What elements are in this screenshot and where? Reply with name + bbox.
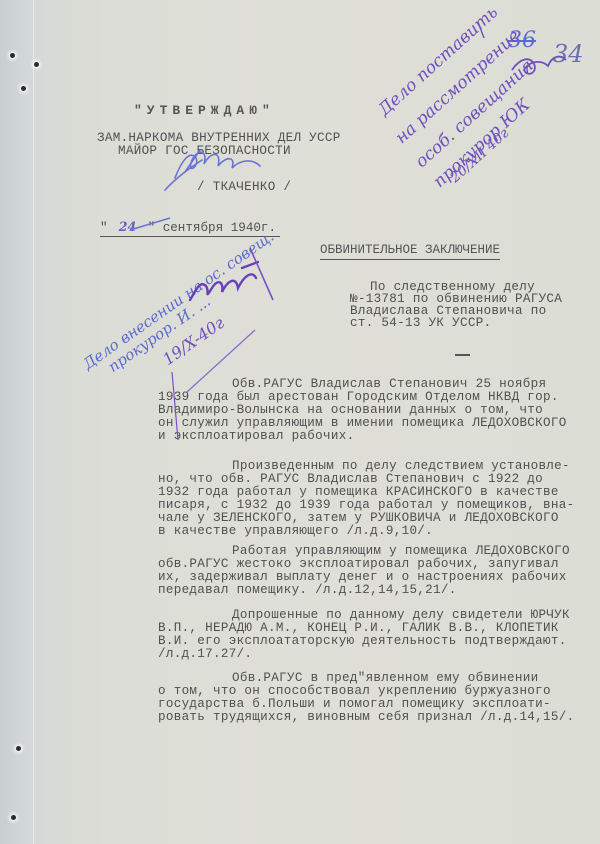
paragraph-5-line: ровать трудящихся, виновным себя признал… <box>158 711 574 724</box>
handwritten-day: 24 <box>108 219 148 234</box>
punch-hole <box>34 62 39 67</box>
approval-rank: МАЙОР ГОС БЕЗОПАСНОСТИ <box>118 145 291 158</box>
punch-hole <box>11 815 16 820</box>
page-fold-line <box>33 0 34 844</box>
paragraph-3-line: передавал помещику. /л.д.12,14,15,21/. <box>158 584 457 597</box>
page-number: 34 <box>553 40 584 68</box>
approval-heading: "УТВЕРЖДАЮ" <box>134 103 275 118</box>
punch-hole <box>21 86 26 91</box>
paragraph-4-line: /л.д.17.27/. <box>158 648 252 661</box>
paragraph-1-line: и эксплоатировал рабочих. <box>158 430 354 443</box>
document-title: ОБВИНИТЕЛЬНОЕ ЗАКЛЮЧЕНИЕ <box>320 243 500 260</box>
document-page: "УТВЕРЖДАЮ" ЗАМ.НАРКОМА ВНУТРЕННИХ ДЕЛ У… <box>0 0 600 844</box>
approval-signatory: / ТКАЧЕНКО / <box>197 181 291 194</box>
approval-date: "24" сентября 1940г. <box>100 219 280 237</box>
case-ref-line: ст. 54-13 УК УССР. <box>350 317 491 330</box>
punch-hole <box>16 746 21 751</box>
paragraph-2-line: в качестве управляющего /л.д.9,10/. <box>158 525 433 538</box>
punch-hole <box>10 53 15 58</box>
separator-dash <box>455 354 470 356</box>
